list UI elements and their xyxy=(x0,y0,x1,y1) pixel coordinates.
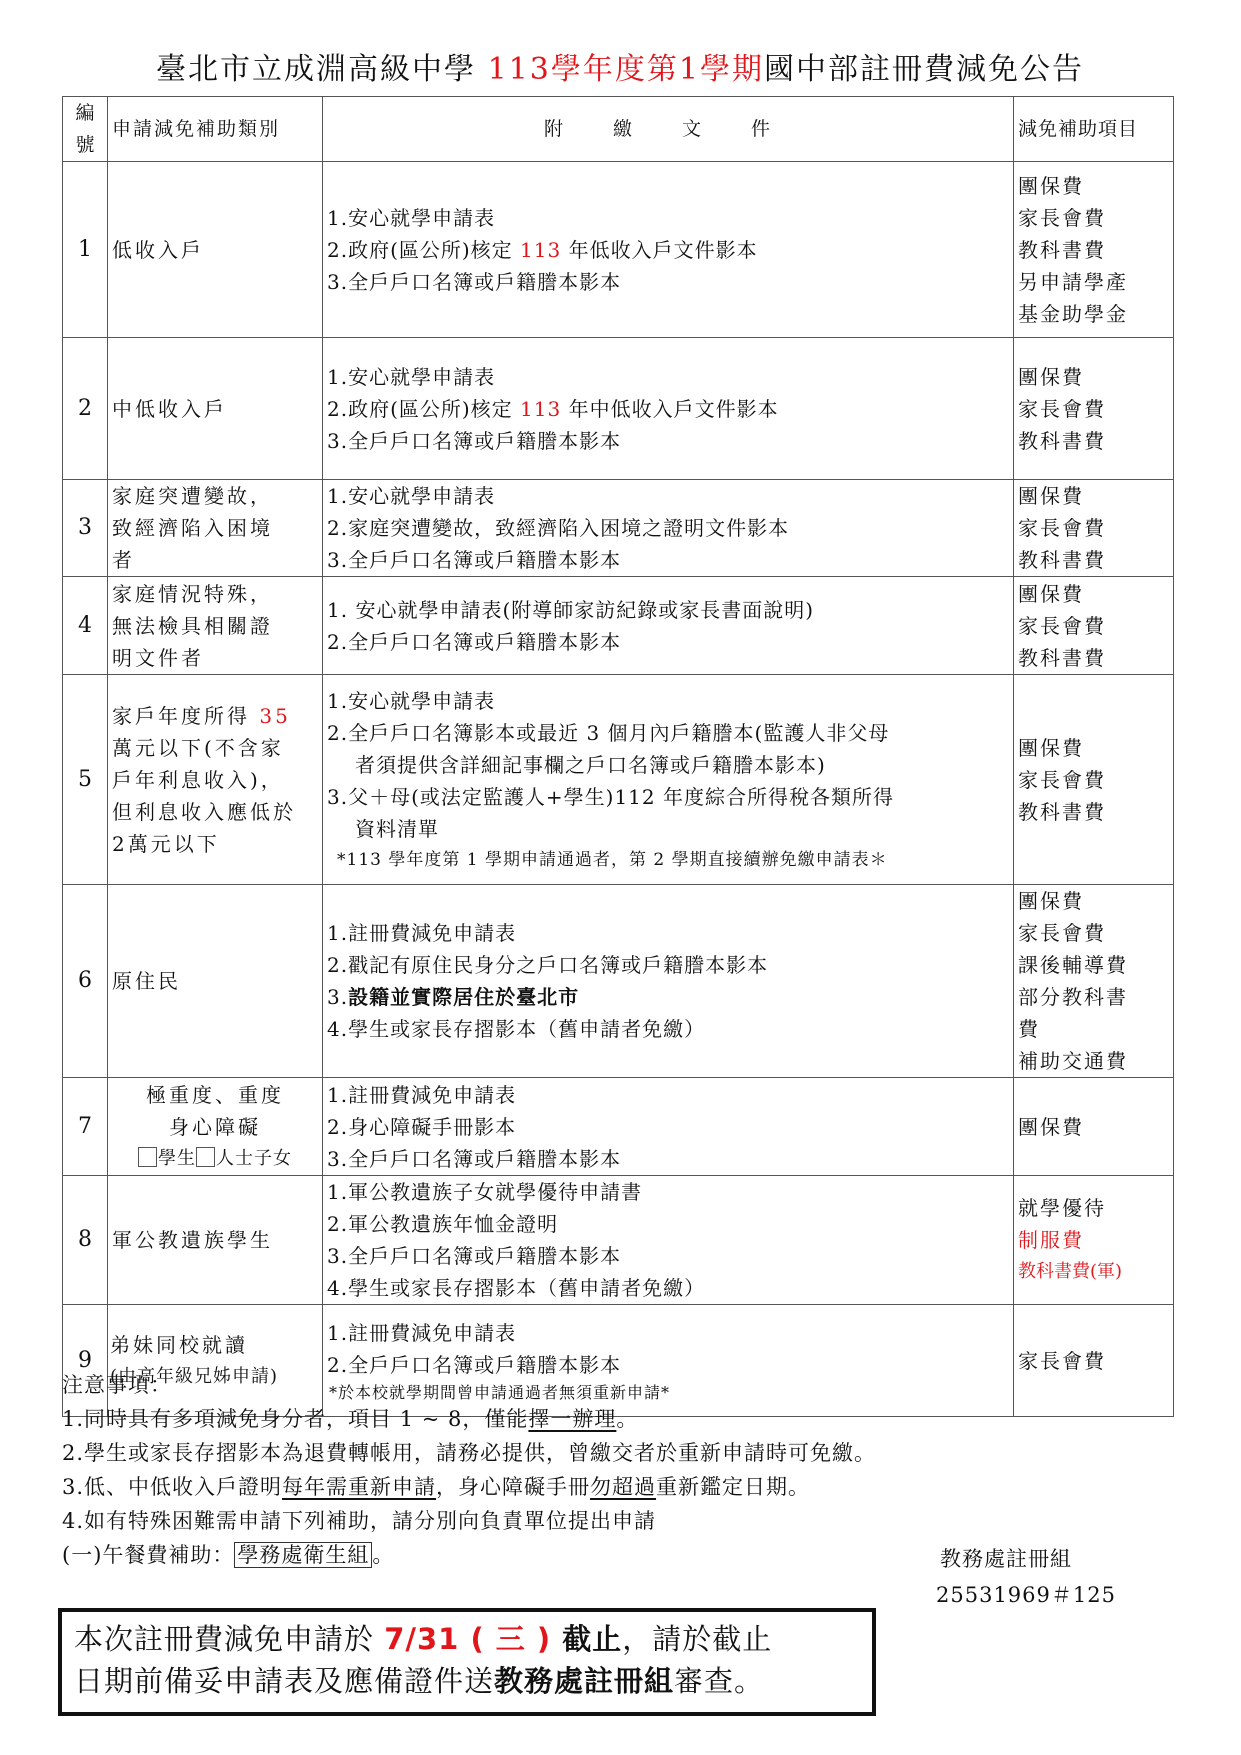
item: 團保費 xyxy=(1018,480,1169,512)
doc-text: 2.政府(區公所)核定 xyxy=(327,238,520,262)
row-category: 低收入戶 xyxy=(108,162,323,338)
row-documents: 1. 安心就學申請表(附導師家訪紀錄或家長書面說明) 2.全戶戶口名簿或戶籍謄本… xyxy=(323,577,1014,675)
residency-requirement: 設籍並實際居住於臺北市 xyxy=(348,985,579,1009)
category-line: 無法檢具相關證 xyxy=(112,610,318,642)
category-line: 明文件者 xyxy=(112,642,318,674)
row-category: 家庭情況特殊， 無法檢具相關證 明文件者 xyxy=(108,577,323,675)
item: 團保費 xyxy=(1018,578,1169,610)
doc-line: 2.戳記有原住民身分之戶口名簿或戶籍謄本影本 xyxy=(327,949,1009,981)
table-row: 2 中低收入戶 1.安心就學申請表 2.政府(區公所)核定 113 年中低收入戶… xyxy=(63,338,1174,480)
item: 團保費 xyxy=(1018,1111,1169,1143)
doc-year-highlight: 113 xyxy=(520,238,561,262)
item: 團保費 xyxy=(1018,170,1169,202)
doc-line: 2.政府(區公所)核定 113 年中低收入戶文件影本 xyxy=(327,393,1009,425)
category-line: 弟妹同校就讀 xyxy=(110,1329,318,1361)
table-row: 1 低收入戶 1.安心就學申請表 2.政府(區公所)核定 113 年低收入戶文件… xyxy=(63,162,1174,338)
item: 補助交通費 xyxy=(1018,1045,1169,1077)
item: 教科書費 xyxy=(1018,642,1169,674)
row-documents: 1.安心就學申請表 2.全戶戶口名簿影本或最近 3 個月內戶籍謄本(監護人非父母… xyxy=(323,675,1014,885)
table-header-row: 編號 申請減免補助類別 附 繳 文 件 減免補助項目 xyxy=(63,97,1174,162)
item: 教科書費 xyxy=(1018,796,1169,828)
note-text: 1.同時具有多項減免身分者，項目 1 ~ 8，僅能 xyxy=(62,1407,528,1431)
office-phone: 25531969＃125 xyxy=(936,1577,1140,1613)
income-threshold-highlight: 35 xyxy=(259,704,290,728)
note-emphasis: 每年需重新申請 xyxy=(282,1475,436,1499)
doc-line: 1.安心就學申請表 xyxy=(327,361,1009,393)
item: 家長會費 xyxy=(1018,202,1169,234)
row-num: 5 xyxy=(63,675,108,885)
row-category: 家戶年度所得 35 萬元以下(不含家 戶年利息收入)， 但利息收入應低於 2萬元… xyxy=(108,675,323,885)
item: 家長會費 xyxy=(1018,512,1169,544)
item: 教科書費 xyxy=(1018,544,1169,576)
row-items: 就學優待 制服費 教科書費(軍) xyxy=(1014,1176,1174,1305)
note-item: 4.如有特殊困難需申請下列補助，請分別向負責單位提出申請 xyxy=(62,1504,1182,1538)
item: 家長會費 xyxy=(1018,917,1169,949)
doc-line: 2.全戶戶口名簿影本或最近 3 個月內戶籍謄本(監護人非父母 xyxy=(327,717,1009,749)
doc-line: 1.安心就學申請表 xyxy=(327,202,1009,234)
doc-line: 1.安心就學申請表 xyxy=(327,685,1009,717)
doc-year-highlight: 113 xyxy=(520,397,561,421)
doc-line: 資料清單 xyxy=(327,813,1009,845)
doc-line: 3.設籍並實際居住於臺北市 xyxy=(327,981,1009,1013)
row-num: 6 xyxy=(63,885,108,1078)
doc-line: 1.軍公教遺族子女就學優待申請書 xyxy=(327,1176,1009,1208)
doc-line: 4.學生或家長存摺影本（舊申請者免繳） xyxy=(327,1013,1009,1045)
doc-line: 3.全戶戶口名簿或戶籍謄本影本 xyxy=(327,1240,1009,1272)
item: 教科書費 xyxy=(1018,234,1169,266)
item: 就學優待 xyxy=(1018,1192,1169,1224)
deadline-text: 審查。 xyxy=(674,1664,764,1698)
row-documents: 1.安心就學申請表 2.政府(區公所)核定 113 年低收入戶文件影本 3.全戶… xyxy=(323,162,1014,338)
title-subject: 國中部註冊費減免公告 xyxy=(764,52,1084,87)
title-school: 臺北市立成淵高級中學 xyxy=(156,52,488,87)
doc-line: 2.政府(區公所)核定 113 年低收入戶文件影本 xyxy=(327,234,1009,266)
deadline-date: 7/31 ( 三 ) xyxy=(384,1622,551,1656)
doc-line: 2.身心障礙手冊影本 xyxy=(327,1111,1009,1143)
category-options: 學生人士子女 xyxy=(112,1143,318,1175)
note-item: 1.同時具有多項減免身分者，項目 1 ~ 8，僅能擇一辦理。 xyxy=(62,1402,1182,1436)
row-items: 團保費 家長會費 教科書費 xyxy=(1014,577,1174,675)
table-row: 6 原住民 1.註冊費減免申請表 2.戳記有原住民身分之戶口名簿或戶籍謄本影本 … xyxy=(63,885,1174,1078)
row-documents: 1.註冊費減免申請表 2.戳記有原住民身分之戶口名簿或戶籍謄本影本 3.設籍並實… xyxy=(323,885,1014,1078)
office-name: 教務處註冊組 xyxy=(940,1541,1140,1577)
student-option-label: 學生 xyxy=(158,1148,196,1169)
table-row: 7 極重度、重度 身心障礙 學生人士子女 1.註冊費減免申請表 2.身心障礙手冊… xyxy=(63,1078,1174,1176)
item: 家長會費 xyxy=(1018,764,1169,796)
note-text: 重新鑑定日期。 xyxy=(656,1475,810,1499)
office-contact: 教務處註冊組 25531969＃125 xyxy=(940,1541,1140,1613)
row-category: 原住民 xyxy=(108,885,323,1078)
doc-line: 3.父＋母(或法定監護人+學生)112 年度綜合所得稅各類所得 xyxy=(327,781,1009,813)
row-num: 7 xyxy=(63,1078,108,1176)
row-items: 團保費 家長會費 教科書費 xyxy=(1014,338,1174,480)
doc-text: 年低收入戶文件影本 xyxy=(561,238,757,262)
item: 家長會費 xyxy=(1018,610,1169,642)
notes-heading: 注意事項： xyxy=(62,1368,1182,1402)
doc-line: 1. 安心就學申請表(附導師家訪紀錄或家長書面說明) xyxy=(327,594,1009,626)
row-num: 4 xyxy=(63,577,108,675)
row-items: 團保費 xyxy=(1014,1078,1174,1176)
category-line: 極重度、重度 xyxy=(112,1079,318,1111)
deadline-line: 本次註冊費減免申請於 7/31 ( 三 ) 截止，請於截止 xyxy=(74,1618,872,1660)
note-item: 3.低、中低收入戶證明每年需重新申請，身心障礙手冊勿超過重新鑑定日期。 xyxy=(62,1470,1182,1504)
item: 費 xyxy=(1018,1013,1169,1045)
fee-reduction-table: 編號 申請減免補助類別 附 繳 文 件 減免補助項目 1 低收入戶 1.安心就學… xyxy=(62,96,1174,1417)
category-line: 家庭突遭變故， xyxy=(112,480,318,512)
responsible-unit: 學務處衛生組 xyxy=(234,1542,372,1568)
header-num: 編號 xyxy=(63,97,108,162)
item: 團保費 xyxy=(1018,361,1169,393)
deadline-office: 教務處註冊組 xyxy=(494,1664,674,1698)
row-category: 軍公教遺族學生 xyxy=(108,1176,323,1305)
category-line: 者 xyxy=(112,544,318,576)
doc-line: 1.註冊費減免申請表 xyxy=(327,917,1009,949)
doc-line: 1.註冊費減免申請表 xyxy=(327,1079,1009,1111)
parent-option-label: 人士子女 xyxy=(216,1148,292,1169)
category-line: 身心障礙 xyxy=(112,1111,318,1143)
table-row: 5 家戶年度所得 35 萬元以下(不含家 戶年利息收入)， 但利息收入應低於 2… xyxy=(63,675,1174,885)
doc-line: 3.全戶戶口名簿或戶籍謄本影本 xyxy=(327,544,1009,576)
parent-checkbox[interactable] xyxy=(196,1147,215,1167)
item: 團保費 xyxy=(1018,885,1169,917)
deadline-cutoff: 截止 xyxy=(551,1622,622,1656)
item: 家長會費 xyxy=(1018,393,1169,425)
category-line: 戶年利息收入)， xyxy=(112,764,318,796)
doc-line: 3.全戶戶口名簿或戶籍謄本影本 xyxy=(327,425,1009,457)
table-row: 3 家庭突遭變故， 致經濟陷入困境 者 1.安心就學申請表 2.家庭突遭變故，致… xyxy=(63,480,1174,577)
doc-line: 3.全戶戶口名簿或戶籍謄本影本 xyxy=(327,1143,1009,1175)
item: 基金助學金 xyxy=(1018,298,1169,330)
note-text: 。 xyxy=(372,1543,394,1567)
doc-line: 3.全戶戶口名簿或戶籍謄本影本 xyxy=(327,266,1009,298)
row-items: 團保費 家長會費 課後輔導費 部分教科書 費 補助交通費 xyxy=(1014,885,1174,1078)
category-line: 2萬元以下 xyxy=(112,828,318,860)
deadline-text: ，請於截止 xyxy=(622,1622,772,1656)
item: 課後輔導費 xyxy=(1018,949,1169,981)
deadline-line: 日期前備妥申請表及應備證件送教務處註冊組審查。 xyxy=(74,1660,872,1702)
doc-text: 3. xyxy=(327,985,348,1009)
doc-line: 2.軍公教遺族年恤金證明 xyxy=(327,1208,1009,1240)
doc-line: 2.全戶戶口名簿或戶籍謄本影本 xyxy=(327,626,1009,658)
item-highlight: 制服費 xyxy=(1018,1224,1169,1256)
doc-line: 1.安心就學申請表 xyxy=(327,480,1009,512)
row-num: 1 xyxy=(63,162,108,338)
table-row: 4 家庭情況特殊， 無法檢具相關證 明文件者 1. 安心就學申請表(附導師家訪紀… xyxy=(63,577,1174,675)
doc-line: 4.學生或家長存摺影本（舊申請者免繳） xyxy=(327,1272,1009,1304)
doc-note: *113 學年度第 1 學期申請通過者，第 2 學期直接續辦免繳申請表＊ xyxy=(327,845,1009,875)
doc-line: 2.家庭突遭變故，致經濟陷入困境之證明文件影本 xyxy=(327,512,1009,544)
header-category: 申請減免補助類別 xyxy=(108,97,323,162)
row-items: 團保費 家長會費 教科書費 另申請學產 基金助學金 xyxy=(1014,162,1174,338)
note-item: 2.學生或家長存摺影本為退費轉帳用，請務必提供，曾繳交者於重新申請時可免繳。 xyxy=(62,1436,1182,1470)
header-items: 減免補助項目 xyxy=(1014,97,1174,162)
row-items: 團保費 家長會費 教科書費 xyxy=(1014,675,1174,885)
note-text: 。 xyxy=(616,1407,638,1431)
row-num: 8 xyxy=(63,1176,108,1305)
page-title: 臺北市立成淵高級中學 113學年度第1學期國中部註冊費減免公告 xyxy=(60,44,1180,88)
row-documents: 1.安心就學申請表 2.家庭突遭變故，致經濟陷入困境之證明文件影本 3.全戶戶口… xyxy=(323,480,1014,577)
row-items: 團保費 家長會費 教科書費 xyxy=(1014,480,1174,577)
category-line: 致經濟陷入困境 xyxy=(112,512,318,544)
note-emphasis: 勿超過 xyxy=(590,1475,656,1499)
header-documents: 附 繳 文 件 xyxy=(323,97,1014,162)
note-emphasis: 擇一辦理 xyxy=(528,1407,616,1431)
note-text: ，身心障礙手冊 xyxy=(436,1475,590,1499)
doc-text: 2.政府(區公所)核定 xyxy=(327,397,520,421)
row-documents: 1.軍公教遺族子女就學優待申請書 2.軍公教遺族年恤金證明 3.全戶戶口名簿或戶… xyxy=(323,1176,1014,1305)
item: 教科書費 xyxy=(1018,425,1169,457)
deadline-text: 日期前備妥申請表及應備證件送 xyxy=(74,1664,494,1698)
row-num: 3 xyxy=(63,480,108,577)
row-category: 中低收入戶 xyxy=(108,338,323,480)
row-documents: 1.註冊費減免申請表 2.身心障礙手冊影本 3.全戶戶口名簿或戶籍謄本影本 xyxy=(323,1078,1014,1176)
doc-line: 1.註冊費減免申請表 xyxy=(327,1317,1009,1349)
category-line: 家庭情況特殊， xyxy=(112,578,318,610)
note-text: 3.低、中低收入戶證明 xyxy=(62,1475,282,1499)
item: 另申請學產 xyxy=(1018,266,1169,298)
note-text: (一)午餐費補助： xyxy=(62,1543,234,1567)
doc-line: 者須提供含詳細記事欄之戶口名簿或戶籍謄本影本) xyxy=(327,749,1009,781)
doc-text: 年中低收入戶文件影本 xyxy=(561,397,778,421)
title-semester: 113學年度第1學期 xyxy=(488,52,764,87)
category-line: 家戶年度所得 35 xyxy=(112,700,318,732)
row-category: 極重度、重度 身心障礙 學生人士子女 xyxy=(108,1078,323,1176)
category-text: 家戶年度所得 xyxy=(112,704,259,728)
category-line: 但利息收入應低於 xyxy=(112,796,318,828)
row-num: 2 xyxy=(63,338,108,480)
row-documents: 1.安心就學申請表 2.政府(區公所)核定 113 年中低收入戶文件影本 3.全… xyxy=(323,338,1014,480)
student-checkbox[interactable] xyxy=(138,1147,157,1167)
item-highlight: 教科書費(軍) xyxy=(1018,1256,1169,1288)
deadline-notice: 本次註冊費減免申請於 7/31 ( 三 ) 截止，請於截止 日期前備妥申請表及應… xyxy=(58,1608,876,1716)
table-row: 8 軍公教遺族學生 1.軍公教遺族子女就學優待申請書 2.軍公教遺族年恤金證明 … xyxy=(63,1176,1174,1305)
category-line: 萬元以下(不含家 xyxy=(112,732,318,764)
deadline-text: 本次註冊費減免申請於 xyxy=(74,1622,384,1656)
item: 團保費 xyxy=(1018,732,1169,764)
item: 部分教科書 xyxy=(1018,981,1169,1013)
row-category: 家庭突遭變故， 致經濟陷入困境 者 xyxy=(108,480,323,577)
